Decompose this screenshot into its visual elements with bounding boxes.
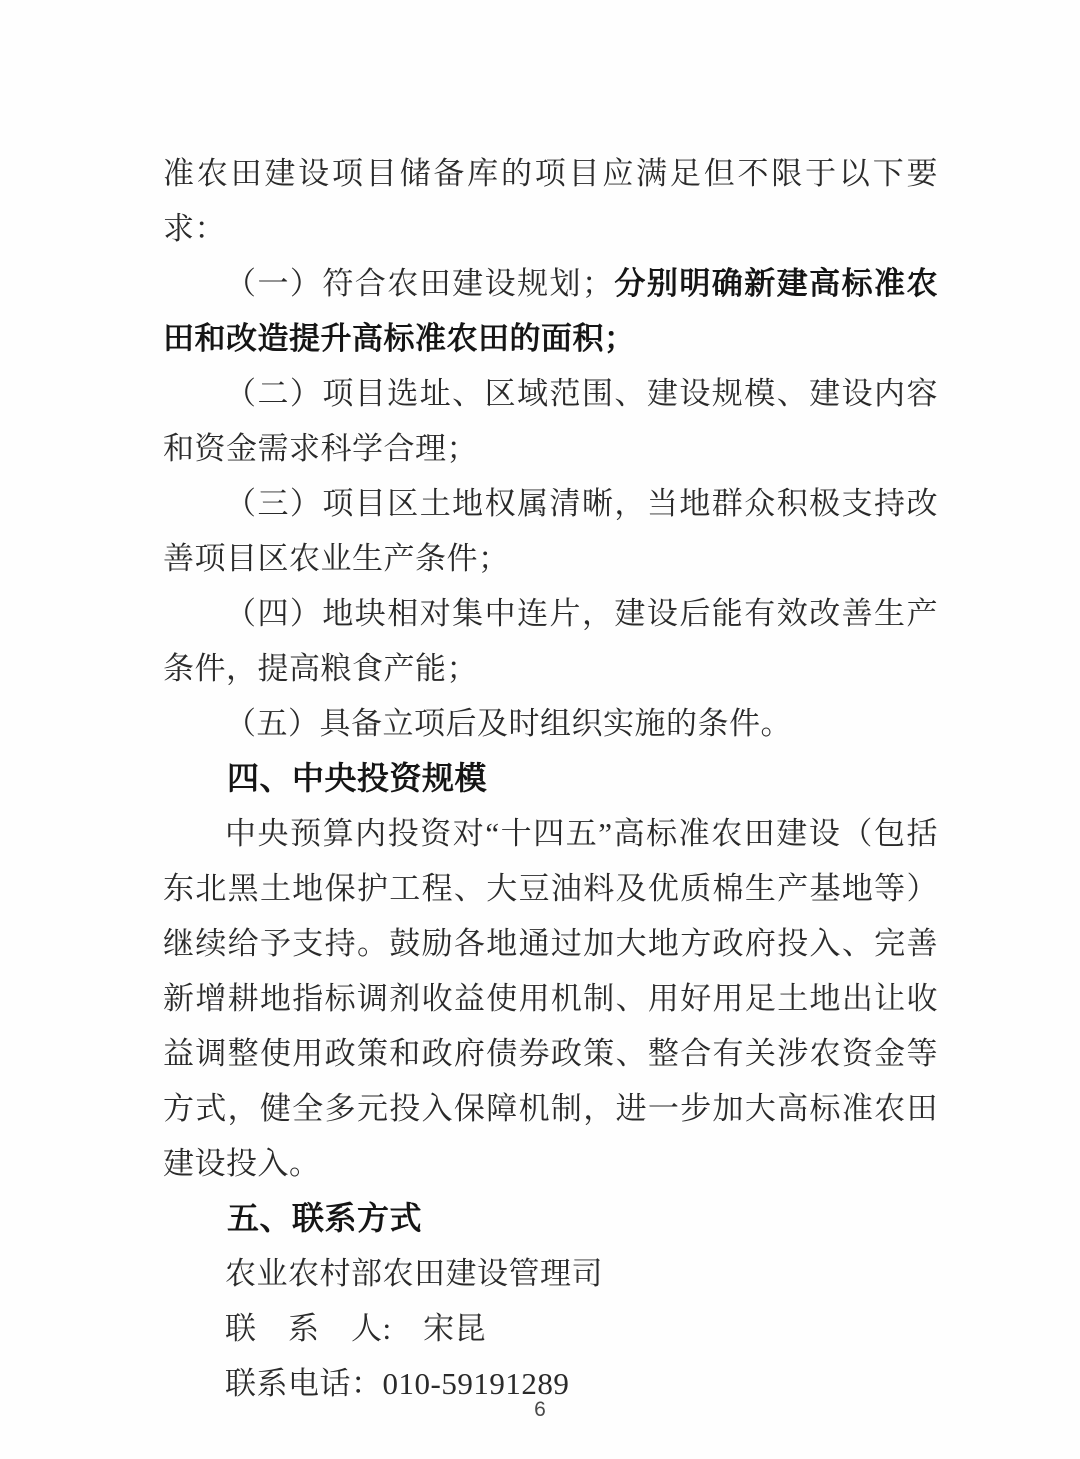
text-segment: 中央预算内投资对“十四五”高标准农田建设（包括东北黑土地保护工程、大豆油料及优质… bbox=[163, 816, 938, 1181]
emphasized-text-segment: 五、联系方式 bbox=[227, 1200, 422, 1236]
text-segment: （一）符合农田建设规划； bbox=[225, 266, 613, 301]
text-segment: （二）项目选址、区域范围、建设规模、建设内容和资金需求科学合理； bbox=[163, 376, 938, 466]
paragraph: （五）具备立项后及时组织实施的条件。 bbox=[163, 696, 938, 751]
text-segment: （三）项目区土地权属清晰，当地群众积极支持改善项目区农业生产条件； bbox=[163, 486, 938, 576]
text-segment: （五）具备立项后及时组织实施的条件。 bbox=[225, 706, 792, 741]
section-heading: 四、中央投资规模 bbox=[163, 751, 938, 806]
text-segment: （四）地块相对集中连片，建设后能有效改善生产条件，提高粮食产能； bbox=[163, 596, 938, 686]
document-page: 准农田建设项目储备库的项目应满足但不限于以下要求：（一）符合农田建设规划；分别明… bbox=[0, 0, 1080, 1459]
paragraph: （二）项目选址、区域范围、建设规模、建设内容和资金需求科学合理； bbox=[163, 366, 938, 476]
text-segment: 准农田建设项目储备库的项目应满足但不限于以下要求： bbox=[163, 156, 938, 246]
document-body: 准农田建设项目储备库的项目应满足但不限于以下要求：（一）符合农田建设规划；分别明… bbox=[163, 146, 938, 1411]
paragraph: （一）符合农田建设规划；分别明确新建高标准农田和改造提升高标准农田的面积； bbox=[163, 256, 938, 366]
text-segment: 农业农村部农田建设管理司 bbox=[225, 1256, 603, 1291]
text-segment: 联 系 人: 宋昆 bbox=[225, 1311, 486, 1346]
page-footer: 6 bbox=[0, 1398, 1080, 1422]
paragraph: 农业农村部农田建设管理司 bbox=[163, 1246, 938, 1301]
page-number: 6 bbox=[534, 1398, 546, 1421]
paragraph: （四）地块相对集中连片，建设后能有效改善生产条件，提高粮食产能； bbox=[163, 586, 938, 696]
text-segment: 联系电话：010-59191289 bbox=[225, 1366, 569, 1401]
paragraph: 中央预算内投资对“十四五”高标准农田建设（包括东北黑土地保护工程、大豆油料及优质… bbox=[163, 806, 938, 1191]
paragraph: （三）项目区土地权属清晰，当地群众积极支持改善项目区农业生产条件； bbox=[163, 476, 938, 586]
paragraph: 准农田建设项目储备库的项目应满足但不限于以下要求： bbox=[163, 146, 938, 256]
paragraph: 联 系 人: 宋昆 bbox=[163, 1301, 938, 1356]
section-heading: 五、联系方式 bbox=[163, 1191, 938, 1246]
emphasized-text-segment: 四、中央投资规模 bbox=[227, 760, 487, 796]
